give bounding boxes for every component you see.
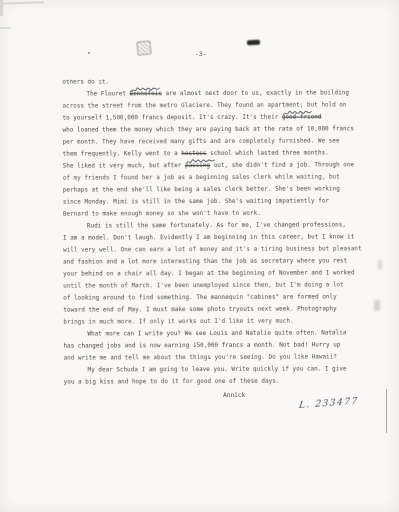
scan-smudge (378, 260, 382, 269)
handwritten-scribble-icon (131, 85, 161, 94)
typed-text: will very well. One can earn a lot of mo… (63, 246, 362, 253)
handwritten-scribble-icon (186, 157, 216, 166)
typed-text: until the month of March. I've been unem… (63, 282, 344, 289)
typed-text: them frequently. Kelly went to a (63, 151, 182, 158)
typed-text: school which lasted three months. (207, 150, 329, 157)
typed-text: of my friends I found her a job as a beg… (63, 174, 340, 181)
scan-artifact (0, 27, 11, 29)
typed-text: What more can I write you? We see Louis … (87, 330, 346, 337)
scan-artifact (0, 0, 3, 16)
typed-text: I am a model. Don't laugh. Evidently I a… (63, 234, 354, 241)
letter-line: since Monday. Mimi is still in the same … (63, 195, 359, 208)
handwritten-file-number: L. 233477 (299, 397, 359, 411)
typed-text: you a big kiss and hope to do it for goo… (64, 379, 280, 386)
scan-smudge (374, 300, 380, 311)
typed-text: out, she didn't find a job. Through one (210, 162, 354, 169)
typed-text: The Flouret (86, 91, 129, 97)
typed-text: has changed jobs and is now earning 150,… (63, 342, 340, 349)
letter-line: toward the end of May. I must make some … (63, 303, 359, 316)
typed-text: of looking around to find something. The… (63, 294, 336, 301)
page-number: -3- (195, 50, 207, 58)
typed-text: and write me and tell me about the thing… (64, 354, 337, 361)
typed-text: She liked it very much, but after (63, 163, 185, 170)
struck-text: passing (185, 163, 210, 169)
ink-smudge-icon (247, 40, 260, 46)
letter-line: My dear Schuda I am going to leave you. … (64, 363, 360, 376)
typed-text: Rudi is still the same fortunately. As f… (87, 222, 346, 229)
scanned-letter-page: -3- others do it.The Flouret Bonnefois a… (0, 0, 399, 512)
handwritten-scribble-icon (283, 109, 313, 118)
scan-artifact (0, 1, 44, 5)
typed-text: and fashion and a lot more interesting t… (63, 258, 347, 265)
letter-body: others do it.The Flouret Bonnefois are a… (62, 75, 359, 388)
typed-text: perhaps at the end she'll like being a s… (63, 186, 340, 193)
typed-text: since Monday. Mimi is still in the same … (63, 198, 329, 205)
typed-text: toward the end of May. I must make some … (63, 306, 336, 313)
typed-text: per month. They have received many gifts… (63, 138, 340, 145)
struck-text: good friend (282, 115, 322, 121)
signature: Annick (223, 392, 245, 399)
stamp-mark-icon (136, 40, 151, 55)
letter-line: you a big kiss and hope to do it for goo… (64, 375, 360, 388)
typed-text: Bernard to make enough money so she won'… (63, 211, 261, 218)
typed-text: who loaned them the money which they are… (63, 126, 354, 133)
typed-text: are almost next door to us, exactly in t… (162, 90, 349, 97)
typed-text: brings in much more. If only it works ou… (63, 319, 293, 326)
scan-speck (88, 52, 90, 54)
scan-edge-line (386, 389, 387, 433)
struck-text: Bonnefois (130, 91, 162, 97)
typed-text: others do it. (62, 79, 109, 85)
typed-text: to yourself 1,500,000 francs deposit. It… (62, 115, 281, 122)
typed-text: your behind on a chair all day. I began … (63, 270, 354, 277)
typed-text: My dear Schuda I am going to leave you. … (88, 366, 347, 373)
